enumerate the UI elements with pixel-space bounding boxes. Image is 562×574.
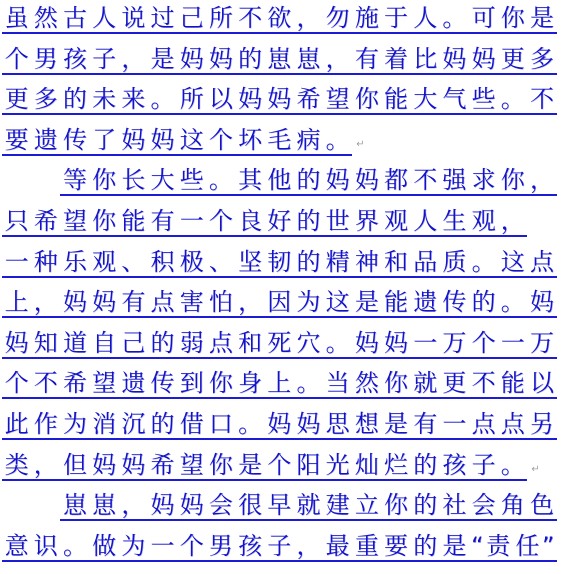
character: 类 — [2, 452, 31, 479]
character: 的 — [148, 411, 177, 438]
character: 未 — [90, 86, 119, 113]
character: 妈 — [323, 167, 352, 194]
character: 因 — [265, 289, 294, 316]
text-line: 类，但妈妈希望你是个阳光灿烂的孩子。 ↵ — [0, 447, 562, 488]
character: 子 — [90, 46, 119, 73]
character: 的 — [294, 249, 323, 276]
character: 妈 — [119, 452, 148, 479]
character: 上 — [265, 370, 294, 397]
character: 些 — [177, 167, 206, 194]
character: 妈 — [265, 86, 294, 113]
character: 意 — [2, 533, 31, 560]
character: 多 — [527, 46, 556, 73]
character: 害 — [177, 289, 206, 316]
underlined-text: 上，妈妈有点害怕，因为这是能遗传的。妈 — [2, 289, 557, 318]
text-line: 个不希望遗传到你身上。当然你就更不能以 — [0, 365, 562, 406]
character: 身 — [236, 370, 265, 397]
character: “ — [469, 533, 484, 560]
character: 妈 — [294, 411, 323, 438]
character: 积 — [148, 249, 177, 276]
underlined-text: 意识。做为一个男孩子，最重要的是“责任” — [2, 533, 557, 562]
character: 说 — [119, 5, 148, 32]
character: 要 — [381, 533, 410, 560]
character: 以 — [527, 370, 556, 397]
character: 界 — [352, 208, 381, 235]
underlined-text: 只希望你能有一个良好的世界观人生观， — [2, 208, 527, 237]
character: 要 — [2, 127, 31, 154]
character: 遗 — [31, 127, 60, 154]
character: 种 — [31, 249, 60, 276]
underlined-text: 此作为消沉的借口。妈妈思想是有一点点另 — [2, 411, 557, 440]
character: 妈 — [206, 46, 235, 73]
character: 。 — [498, 86, 527, 113]
character: 质 — [440, 249, 469, 276]
character: 个 — [206, 208, 235, 235]
character: 观 — [90, 249, 119, 276]
character: 和 — [236, 330, 265, 357]
character: 世 — [323, 208, 352, 235]
text-line: 一种乐观、积极、坚韧的精神和品质。这点 — [0, 244, 562, 285]
character: 妈 — [352, 330, 381, 357]
underlined-text: 妈知道自己的弱点和死穴。妈妈一万个一万 — [2, 330, 557, 359]
character: 口 — [206, 411, 235, 438]
character: 人 — [411, 208, 440, 235]
character: 毛 — [265, 127, 294, 154]
character: 妈 — [527, 289, 556, 316]
character: 是 — [236, 452, 265, 479]
character: ， — [31, 452, 60, 479]
character: 崽 — [60, 492, 89, 519]
character: 个 — [265, 452, 294, 479]
character: 是 — [440, 533, 469, 560]
character: 妈 — [265, 411, 294, 438]
character: 你 — [352, 86, 381, 113]
character: 不 — [411, 167, 440, 194]
character: 。 — [469, 249, 498, 276]
character: 强 — [440, 167, 469, 194]
character: 这 — [498, 249, 527, 276]
character: 妈 — [352, 167, 381, 194]
character: 另 — [527, 411, 556, 438]
character: 更 — [498, 46, 527, 73]
character: 点 — [148, 289, 177, 316]
character: 能 — [119, 208, 148, 235]
character: 。 — [294, 370, 323, 397]
character: 有 — [352, 46, 381, 73]
underlined-text: 虽然古人说过己所不欲，勿施于人。可你是 — [2, 5, 557, 34]
character: 就 — [294, 492, 323, 519]
character: 妈 — [119, 127, 148, 154]
character: 你 — [90, 167, 119, 194]
character: 死 — [265, 330, 294, 357]
character: 光 — [323, 452, 352, 479]
character: 责 — [484, 533, 513, 560]
character: 为 — [60, 411, 89, 438]
character: 不 — [527, 86, 556, 113]
character: 是 — [381, 411, 410, 438]
character: 你 — [206, 370, 235, 397]
character: 妈 — [90, 452, 119, 479]
character: 所 — [206, 5, 235, 32]
character: 孩 — [60, 46, 89, 73]
character: 希 — [60, 370, 89, 397]
character: 欲 — [265, 5, 294, 32]
character: 孩 — [440, 452, 469, 479]
character: 然 — [352, 370, 381, 397]
character: 妈 — [177, 492, 206, 519]
underlined-text: 类，但妈妈希望你是个阳光灿烂的孩子。 — [2, 452, 527, 481]
character: 当 — [323, 370, 352, 397]
character: 大 — [148, 167, 177, 194]
character: 消 — [90, 411, 119, 438]
character: 妈 — [236, 86, 265, 113]
character: 。 — [148, 86, 177, 113]
character: 男 — [31, 46, 60, 73]
character: 一 — [498, 330, 527, 357]
underlined-text: 个不希望遗传到你身上。当然你就更不能以 — [2, 370, 557, 399]
character: 。 — [498, 289, 527, 316]
character: 的 — [411, 452, 440, 479]
character: 一 — [2, 249, 31, 276]
character: 不 — [469, 370, 498, 397]
character: 妈 — [469, 46, 498, 73]
character: 望 — [60, 208, 89, 235]
character: 观 — [469, 208, 498, 235]
character: ， — [294, 5, 323, 32]
character: 任 — [513, 533, 542, 560]
character: 多 — [31, 86, 60, 113]
character: 妈 — [60, 289, 89, 316]
character: 自 — [90, 330, 119, 357]
character: 。 — [498, 452, 527, 479]
character: 。 — [323, 330, 352, 357]
character: 精 — [323, 249, 352, 276]
character: 传 — [148, 370, 177, 397]
character: 点 — [498, 411, 527, 438]
character: 为 — [119, 533, 148, 560]
character: 点 — [469, 411, 498, 438]
document-page: 虽然古人说过己所不欲，勿施于人。可你是 个男孩子，是妈妈的崽崽，有着比妈妈更多 … — [0, 0, 562, 574]
character: 这 — [177, 127, 206, 154]
character: 弱 — [177, 330, 206, 357]
character: 其 — [236, 167, 265, 194]
character: 个 — [2, 370, 31, 397]
text-line-first-indent: 崽崽，妈妈会很早就建立你的社会角色 — [0, 487, 562, 528]
character: 妈 — [381, 330, 410, 357]
character: 男 — [206, 533, 235, 560]
character: 坚 — [236, 249, 265, 276]
paragraph-1: 虽然古人说过己所不欲，勿施于人。可你是 个男孩子，是妈妈的崽崽，有着比妈妈更多 … — [0, 0, 562, 162]
character: 的 — [148, 330, 177, 357]
character: 来 — [119, 86, 148, 113]
underlined-text: 个男孩子，是妈妈的崽崽，有着比妈妈更多 — [2, 46, 557, 75]
character: 极 — [177, 249, 206, 276]
character: 子 — [469, 452, 498, 479]
character: 良 — [236, 208, 265, 235]
character: 大 — [411, 86, 440, 113]
character: 和 — [381, 249, 410, 276]
character: 有 — [148, 208, 177, 235]
character: ， — [31, 289, 60, 316]
character: 是 — [148, 46, 177, 73]
character: 能 — [498, 370, 527, 397]
character: 的 — [469, 289, 498, 316]
character: ， — [498, 208, 527, 235]
character: 万 — [527, 330, 556, 357]
text-line: 意识。做为一个男孩子，最重要的是“责任” — [0, 528, 562, 569]
character: 希 — [31, 208, 60, 235]
character: 妈 — [148, 127, 177, 154]
underlined-text: 更多的未来。所以妈妈希望你能大气些。不 — [2, 86, 557, 115]
character: 有 — [411, 411, 440, 438]
character: 灿 — [352, 452, 381, 479]
character: 崽 — [90, 492, 119, 519]
character: 些 — [469, 86, 498, 113]
paragraph-2: 等你长大些。其他的妈妈都不强求你， 只希望你能有一个良好的世界观人生观， 一种乐… — [0, 162, 562, 487]
character: 妈 — [440, 46, 469, 73]
character: 望 — [177, 452, 206, 479]
character: 点 — [527, 249, 556, 276]
character: 你 — [206, 452, 235, 479]
text-line-first-indent: 等你长大些。其他的妈妈都不强求你， — [0, 162, 562, 203]
character: 观 — [381, 208, 410, 235]
character: 着 — [381, 46, 410, 73]
character: 点 — [206, 330, 235, 357]
character: 勿 — [323, 5, 352, 32]
character: 然 — [31, 5, 60, 32]
text-line: 虽然古人说过己所不欲，勿施于人。可你是 — [0, 0, 562, 41]
character: 过 — [148, 5, 177, 32]
character: 的 — [294, 167, 323, 194]
character: ” — [542, 533, 557, 560]
character: 孩 — [236, 533, 265, 560]
character: 长 — [119, 167, 148, 194]
character: 想 — [352, 411, 381, 438]
character: 妈 — [90, 289, 119, 316]
character: 气 — [440, 86, 469, 113]
character: 会 — [206, 492, 235, 519]
character: 立 — [352, 492, 381, 519]
character: 古 — [60, 5, 89, 32]
character: 施 — [352, 5, 381, 32]
character: 比 — [411, 46, 440, 73]
character: 道 — [60, 330, 89, 357]
character: 品 — [411, 249, 440, 276]
character: 更 — [2, 86, 31, 113]
paragraph-3: 崽崽，妈妈会很早就建立你的社会角色 意识。做为一个男孩子，最重要的是“责任” — [0, 487, 562, 568]
character: 作 — [31, 411, 60, 438]
character: 能 — [381, 86, 410, 113]
character: 是 — [527, 5, 556, 32]
character: 社 — [440, 492, 469, 519]
character: 个 — [469, 330, 498, 357]
character: 你 — [498, 5, 527, 32]
character: 人 — [411, 5, 440, 32]
character: 借 — [177, 411, 206, 438]
underlined-text: 一种乐观、积极、坚韧的精神和品质。这点 — [2, 249, 557, 278]
character: 于 — [381, 5, 410, 32]
character: 重 — [352, 533, 381, 560]
character: 传 — [440, 289, 469, 316]
character: 万 — [440, 330, 469, 357]
character: 生 — [440, 208, 469, 235]
character: 妈 — [177, 46, 206, 73]
character: 都 — [381, 167, 410, 194]
character: 等 — [60, 167, 89, 194]
character: 你 — [498, 167, 527, 194]
text-line: 妈知道自己的弱点和死穴。妈妈一万个一万 — [0, 325, 562, 366]
character: 为 — [294, 289, 323, 316]
character: 的 — [60, 86, 89, 113]
character: 他 — [265, 167, 294, 194]
text-line: 更多的未来。所以妈妈希望你能大气些。不 — [0, 81, 562, 122]
character: 你 — [90, 208, 119, 235]
character: 以 — [206, 86, 235, 113]
character: 遗 — [411, 289, 440, 316]
text-line: 个男孩子，是妈妈的崽崽，有着比妈妈更多 — [0, 41, 562, 82]
character: 建 — [323, 492, 352, 519]
character: ， — [119, 492, 148, 519]
character: 。 — [236, 411, 265, 438]
character: ， — [119, 46, 148, 73]
text-line: 要遗传了妈妈这个坏毛病。 ↵ — [0, 122, 562, 163]
underlined-text: 要遗传了妈妈这个坏毛病。 — [2, 127, 352, 156]
character: 妈 — [148, 492, 177, 519]
character: 最 — [323, 533, 352, 560]
character: 乐 — [60, 249, 89, 276]
character: 你 — [381, 370, 410, 397]
character: 只 — [2, 208, 31, 235]
character: 怕 — [206, 289, 235, 316]
character: 了 — [90, 127, 119, 154]
character: 个 — [177, 533, 206, 560]
character: 个 — [206, 127, 235, 154]
character: 、 — [206, 249, 235, 276]
character: 所 — [177, 86, 206, 113]
character: 更 — [440, 370, 469, 397]
character: 崽 — [265, 46, 294, 73]
character: 很 — [236, 492, 265, 519]
character: ， — [294, 533, 323, 560]
character: 求 — [469, 167, 498, 194]
character: 色 — [527, 492, 556, 519]
character: 坏 — [236, 127, 265, 154]
character: 能 — [381, 289, 410, 316]
character: 个 — [2, 46, 31, 73]
character: 沉 — [119, 411, 148, 438]
character: 但 — [60, 452, 89, 479]
character: 病 — [294, 127, 323, 154]
character: 有 — [119, 289, 148, 316]
character: 的 — [236, 46, 265, 73]
character: ， — [527, 167, 556, 194]
character: 的 — [411, 492, 440, 519]
character: 望 — [323, 86, 352, 113]
character: 韧 — [265, 249, 294, 276]
character: 崽 — [294, 46, 323, 73]
character: 识 — [31, 533, 60, 560]
character: 就 — [411, 370, 440, 397]
character: 遗 — [119, 370, 148, 397]
character: 早 — [265, 492, 294, 519]
underlined-text: 崽崽，妈妈会很早就建立你的社会角色 — [60, 492, 556, 521]
text-line: 此作为消沉的借口。妈妈思想是有一点点另 — [0, 406, 562, 447]
character: 一 — [411, 330, 440, 357]
character: 、 — [119, 249, 148, 276]
text-line: 上，妈妈有点害怕，因为这是能遗传的。妈 — [0, 284, 562, 325]
character: 思 — [323, 411, 352, 438]
character: 这 — [323, 289, 352, 316]
character: 神 — [352, 249, 381, 276]
character: 虽 — [2, 5, 31, 32]
character: 做 — [90, 533, 119, 560]
character: 一 — [148, 533, 177, 560]
character: 是 — [352, 289, 381, 316]
text-line: 只希望你能有一个良好的世界观人生观， — [0, 203, 562, 244]
character: 上 — [2, 289, 31, 316]
character: 不 — [236, 5, 265, 32]
character: 可 — [469, 5, 498, 32]
character: 不 — [31, 370, 60, 397]
character: 望 — [90, 370, 119, 397]
character: 传 — [60, 127, 89, 154]
character: 会 — [469, 492, 498, 519]
character: 一 — [177, 208, 206, 235]
character: 穴 — [294, 330, 323, 357]
character: 的 — [411, 533, 440, 560]
character: 一 — [440, 411, 469, 438]
character: 人 — [90, 5, 119, 32]
underlined-text: 等你长大些。其他的妈妈都不强求你， — [60, 167, 556, 196]
character: 的 — [294, 208, 323, 235]
character: 到 — [177, 370, 206, 397]
character: 好 — [265, 208, 294, 235]
character: 知 — [31, 330, 60, 357]
character: 希 — [294, 86, 323, 113]
character: ， — [323, 46, 352, 73]
character: 角 — [498, 492, 527, 519]
character: 。 — [60, 533, 89, 560]
character: 希 — [148, 452, 177, 479]
character: ， — [236, 289, 265, 316]
character: 己 — [177, 5, 206, 32]
character: 。 — [440, 5, 469, 32]
character: 阳 — [294, 452, 323, 479]
paragraph-mark-icon: ↵ — [356, 139, 364, 151]
character: 子 — [265, 533, 294, 560]
character: 此 — [2, 411, 31, 438]
character: 。 — [206, 167, 235, 194]
character: 你 — [381, 492, 410, 519]
character: 烂 — [381, 452, 410, 479]
character: 己 — [119, 330, 148, 357]
character: 。 — [323, 127, 352, 154]
character: 妈 — [2, 330, 31, 357]
paragraph-mark-icon: ↵ — [531, 464, 539, 476]
